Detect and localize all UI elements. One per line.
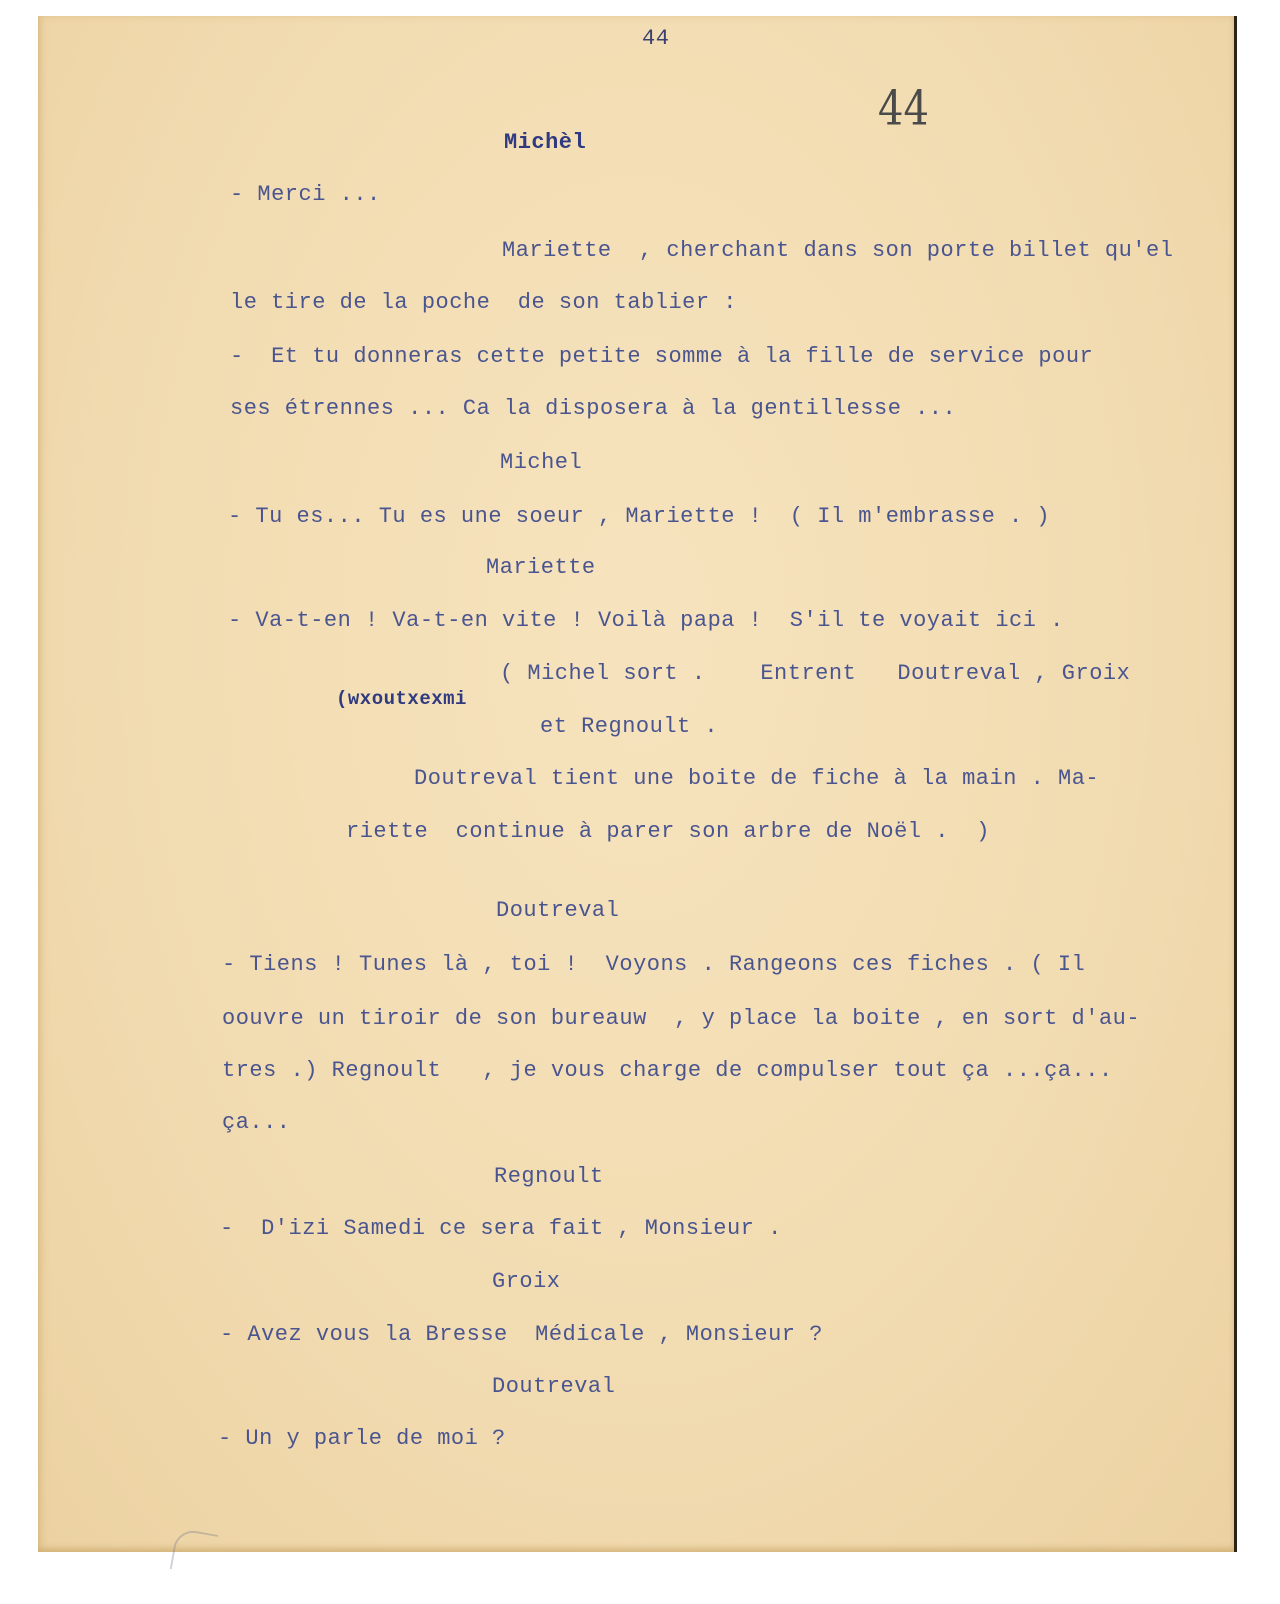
stage-direction: riette continue à parer son arbre de Noë… [346, 821, 990, 843]
dialogue-line: - Tiens ! Tunes là , toi ! Voyons . Rang… [222, 954, 1085, 976]
dialogue-line: ça... [222, 1112, 291, 1134]
dialogue-line: tres .) Regnoult , je vous charge de com… [222, 1060, 1113, 1082]
speaker-name: Michel [500, 452, 582, 474]
dialogue-line: - Un y parle de moi ? [218, 1428, 506, 1450]
typed-page-number: 44 [642, 28, 669, 50]
dialogue-line: oouvre un tiroir de son bureauw , y plac… [222, 1008, 1140, 1030]
speaker-name: Regnoult [494, 1166, 604, 1188]
stage-direction: Doutreval tient une boite de fiche à la … [414, 768, 1099, 790]
stage-direction: ( Michel sort . Entrent Doutreval , Groi… [500, 663, 1130, 685]
speaker-name: Groix [492, 1271, 561, 1293]
stage-direction: le tire de la poche de son tablier : [230, 292, 737, 314]
dialogue-line: - D'izi Samedi ce sera fait , Monsieur . [220, 1218, 782, 1240]
dialogue-line: - Merci ... [230, 184, 381, 206]
speaker-name: Mariette [486, 557, 596, 579]
dialogue-line: - Tu es... Tu es une soeur , Mariette ! … [228, 506, 1050, 528]
handwritten-page-number: 44 [878, 81, 929, 136]
dialogue-line: - Et tu donneras cette petite somme à la… [230, 346, 1093, 368]
stage-direction: et Regnoult . [540, 716, 718, 738]
stage-direction: Mariette , cherchant dans son porte bill… [502, 240, 1173, 262]
dialogue-line: - Avez vous la Bresse Médicale , Monsieu… [220, 1324, 823, 1346]
dialogue-line: - Va-t-en ! Va-t-en vite ! Voilà papa ! … [228, 610, 1064, 632]
speaker-name: Michèl [504, 132, 586, 154]
speaker-name: Doutreval [496, 900, 619, 922]
speaker-name: Doutreval [492, 1376, 615, 1398]
struck-out-text: (wxoutxexmi [336, 690, 467, 709]
pencil-mark [170, 1528, 219, 1577]
dialogue-line: ses étrennes ... Ca la disposera à la ge… [230, 398, 956, 420]
